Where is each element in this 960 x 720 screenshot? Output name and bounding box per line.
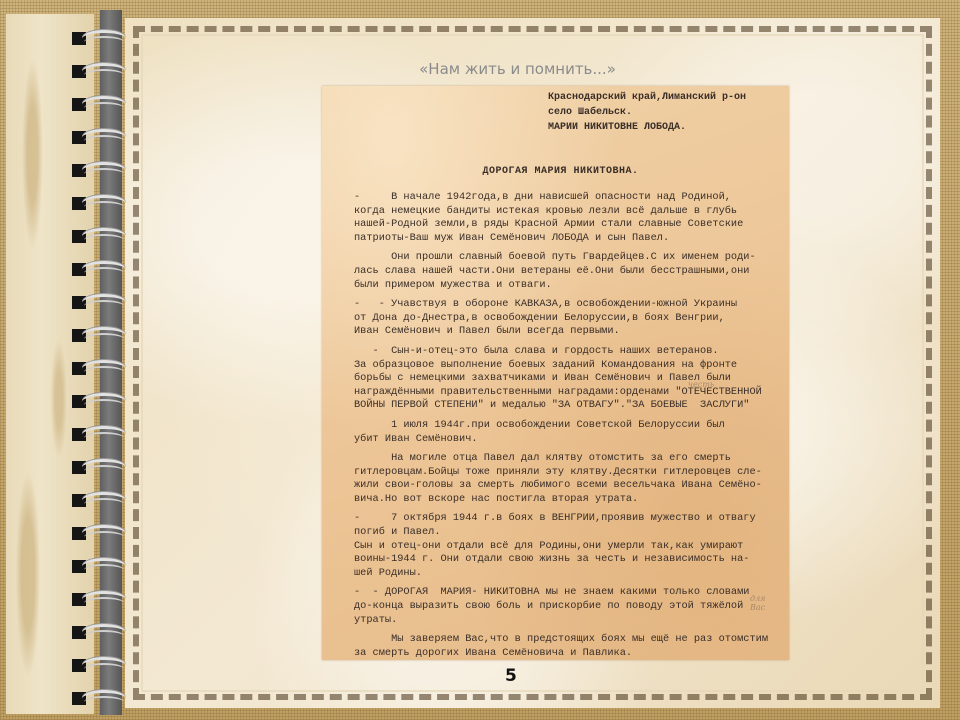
letter-paragraph: - 7 октября 1944 г.в боях в ВЕНГРИИ,проя… — [354, 512, 784, 580]
letter-line: Они прошли славный боевой путь Гвардейце… — [354, 251, 784, 265]
typewritten-letter: Краснодарский край,Лиманский р-он село Ш… — [322, 86, 789, 660]
letter-paragraph: 1 июля 1944г.при освобождении Советской … — [354, 419, 784, 446]
letter-line: утраты. — [354, 614, 784, 628]
spiral-ring-icon — [70, 624, 130, 640]
letter-line: за смерть дорогих Ивана Семёновича и Пав… — [354, 647, 784, 660]
letter-line: гитлеровцам.Бойцы тоже приняли эту клятв… — [354, 466, 784, 480]
letter-address: Краснодарский край,Лиманский р-он село Ш… — [548, 90, 746, 135]
letter-line: - В начале 1942года,в дни нависшей опасн… — [354, 191, 784, 205]
letter-line: ВОЙНЫ ПЕРВОЙ СТЕПЕНИ" и медалью "ЗА ОТВА… — [354, 399, 784, 413]
handwritten-note: честь — [688, 378, 714, 392]
address-line: Краснодарский край,Лиманский р-он — [548, 90, 746, 105]
letter-paragraph: - Сын-и-отец-это была слава и гордость н… — [354, 345, 784, 413]
handwritten-note: для Вас — [750, 594, 778, 612]
letter-line: награждёнными правительственными награда… — [354, 386, 784, 400]
spiral-ring-icon — [70, 591, 130, 607]
letter-line: Сын и отец-они отдали всё для Родины,они… — [354, 540, 784, 554]
letter-line: когда немецкие бандиты истекая кровью ле… — [354, 205, 784, 219]
letter-line: - - ДОРОГАЯ МАРИЯ- НИКИТОВНА мы не знаем… — [354, 586, 784, 600]
spiral-ring-icon — [70, 129, 130, 145]
spiral-ring-icon — [70, 294, 130, 310]
letter-line: были примером мужества и отваги. — [354, 279, 784, 293]
letter-paragraph: Они прошли славный боевой путь Гвардейце… — [354, 251, 784, 292]
letter-paragraph: - - ДОРОГАЯ МАРИЯ- НИКИТОВНА мы не знаем… — [354, 586, 784, 627]
spiral-ring-icon — [70, 657, 130, 673]
letter-line: до-конца выразить свою боль и прискорбие… — [354, 600, 784, 614]
spiral-ring-icon — [70, 360, 130, 376]
letter-line: Мы заверяем Вас,что в предстоящих боях м… — [354, 633, 784, 647]
letter-paragraph: Мы заверяем Вас,что в предстоящих боях м… — [354, 633, 784, 660]
spiral-ring-icon — [70, 393, 130, 409]
letter-line: - Сын-и-отец-это была слава и гордость н… — [354, 345, 784, 359]
letter-line: погиб и Павел. — [354, 526, 784, 540]
spiral-ring-icon — [70, 195, 130, 211]
address-line: село Шабельск. — [548, 105, 746, 120]
letter-line: 1 июля 1944г.при освобождении Советской … — [354, 419, 784, 433]
letter-line: воины-1944 г. Они отдали свою жизнь за ч… — [354, 553, 784, 567]
letter-paragraph: На могиле отца Павел дал клятву отомстит… — [354, 452, 784, 506]
spiral-ring-icon — [70, 30, 130, 46]
letter-line: патриоты-Ваш муж Иван Семёнович ЛОБОДА и… — [354, 232, 784, 246]
letter-line: За образцовое выполнение боевых заданий … — [354, 359, 784, 373]
letter-line: Иван Семёнович и Павел были всегда первы… — [354, 325, 784, 339]
letter-paragraph: - В начале 1942года,в дни нависшей опасн… — [354, 191, 784, 245]
letter-line: вича.Но вот вскоре нас постигла вторая у… — [354, 493, 784, 507]
letter-line: нашей-Родной земли,в ряды Красной Армии … — [354, 218, 784, 232]
spiral-binding — [70, 30, 130, 720]
letter-line: шей Родины. — [354, 567, 784, 581]
letter-line: - - Учавствуя в обороне КАВКАЗА,в освобо… — [354, 298, 784, 312]
letter-greeting: ДОРОГАЯ МАРИЯ НИКИТОВНА. — [322, 165, 789, 179]
letter-line: На могиле отца Павел дал клятву отомстит… — [354, 452, 784, 466]
spiral-ring-icon — [70, 96, 130, 112]
letter-line: - 7 октября 1944 г.в боях в ВЕНГРИИ,проя… — [354, 512, 784, 526]
letter-line: убит Иван Семёнович. — [354, 433, 784, 447]
slide-title: «Нам жить и помнить...» — [0, 60, 960, 78]
spiral-ring-icon — [70, 228, 130, 244]
letter-paragraph: - - Учавствуя в обороне КАВКАЗА,в освобо… — [354, 298, 784, 339]
letter-body: - В начале 1942года,в дни нависшей опасн… — [354, 191, 784, 660]
spiral-ring-icon — [70, 492, 130, 508]
letter-line: лась слава нашей части.Они ветераны её.О… — [354, 265, 784, 279]
page-number: 5 — [505, 666, 517, 686]
spiral-ring-icon — [70, 558, 130, 574]
address-line: МАРИИ НИКИТОВНЕ ЛОБОДА. — [548, 120, 746, 135]
letter-line: борьбы с немецкими захватчиками и Иван С… — [354, 372, 784, 386]
spiral-ring-icon — [70, 525, 130, 541]
letter-line: жили свои-головы за смерть любимого всем… — [354, 479, 784, 493]
spiral-ring-icon — [70, 426, 130, 442]
letter-line: от Дона до-Днестра,в освобождении Белору… — [354, 312, 784, 326]
spiral-ring-icon — [70, 690, 130, 706]
spiral-ring-icon — [70, 459, 130, 475]
spiral-ring-icon — [70, 261, 130, 277]
spiral-ring-icon — [70, 162, 130, 178]
spiral-ring-icon — [70, 327, 130, 343]
